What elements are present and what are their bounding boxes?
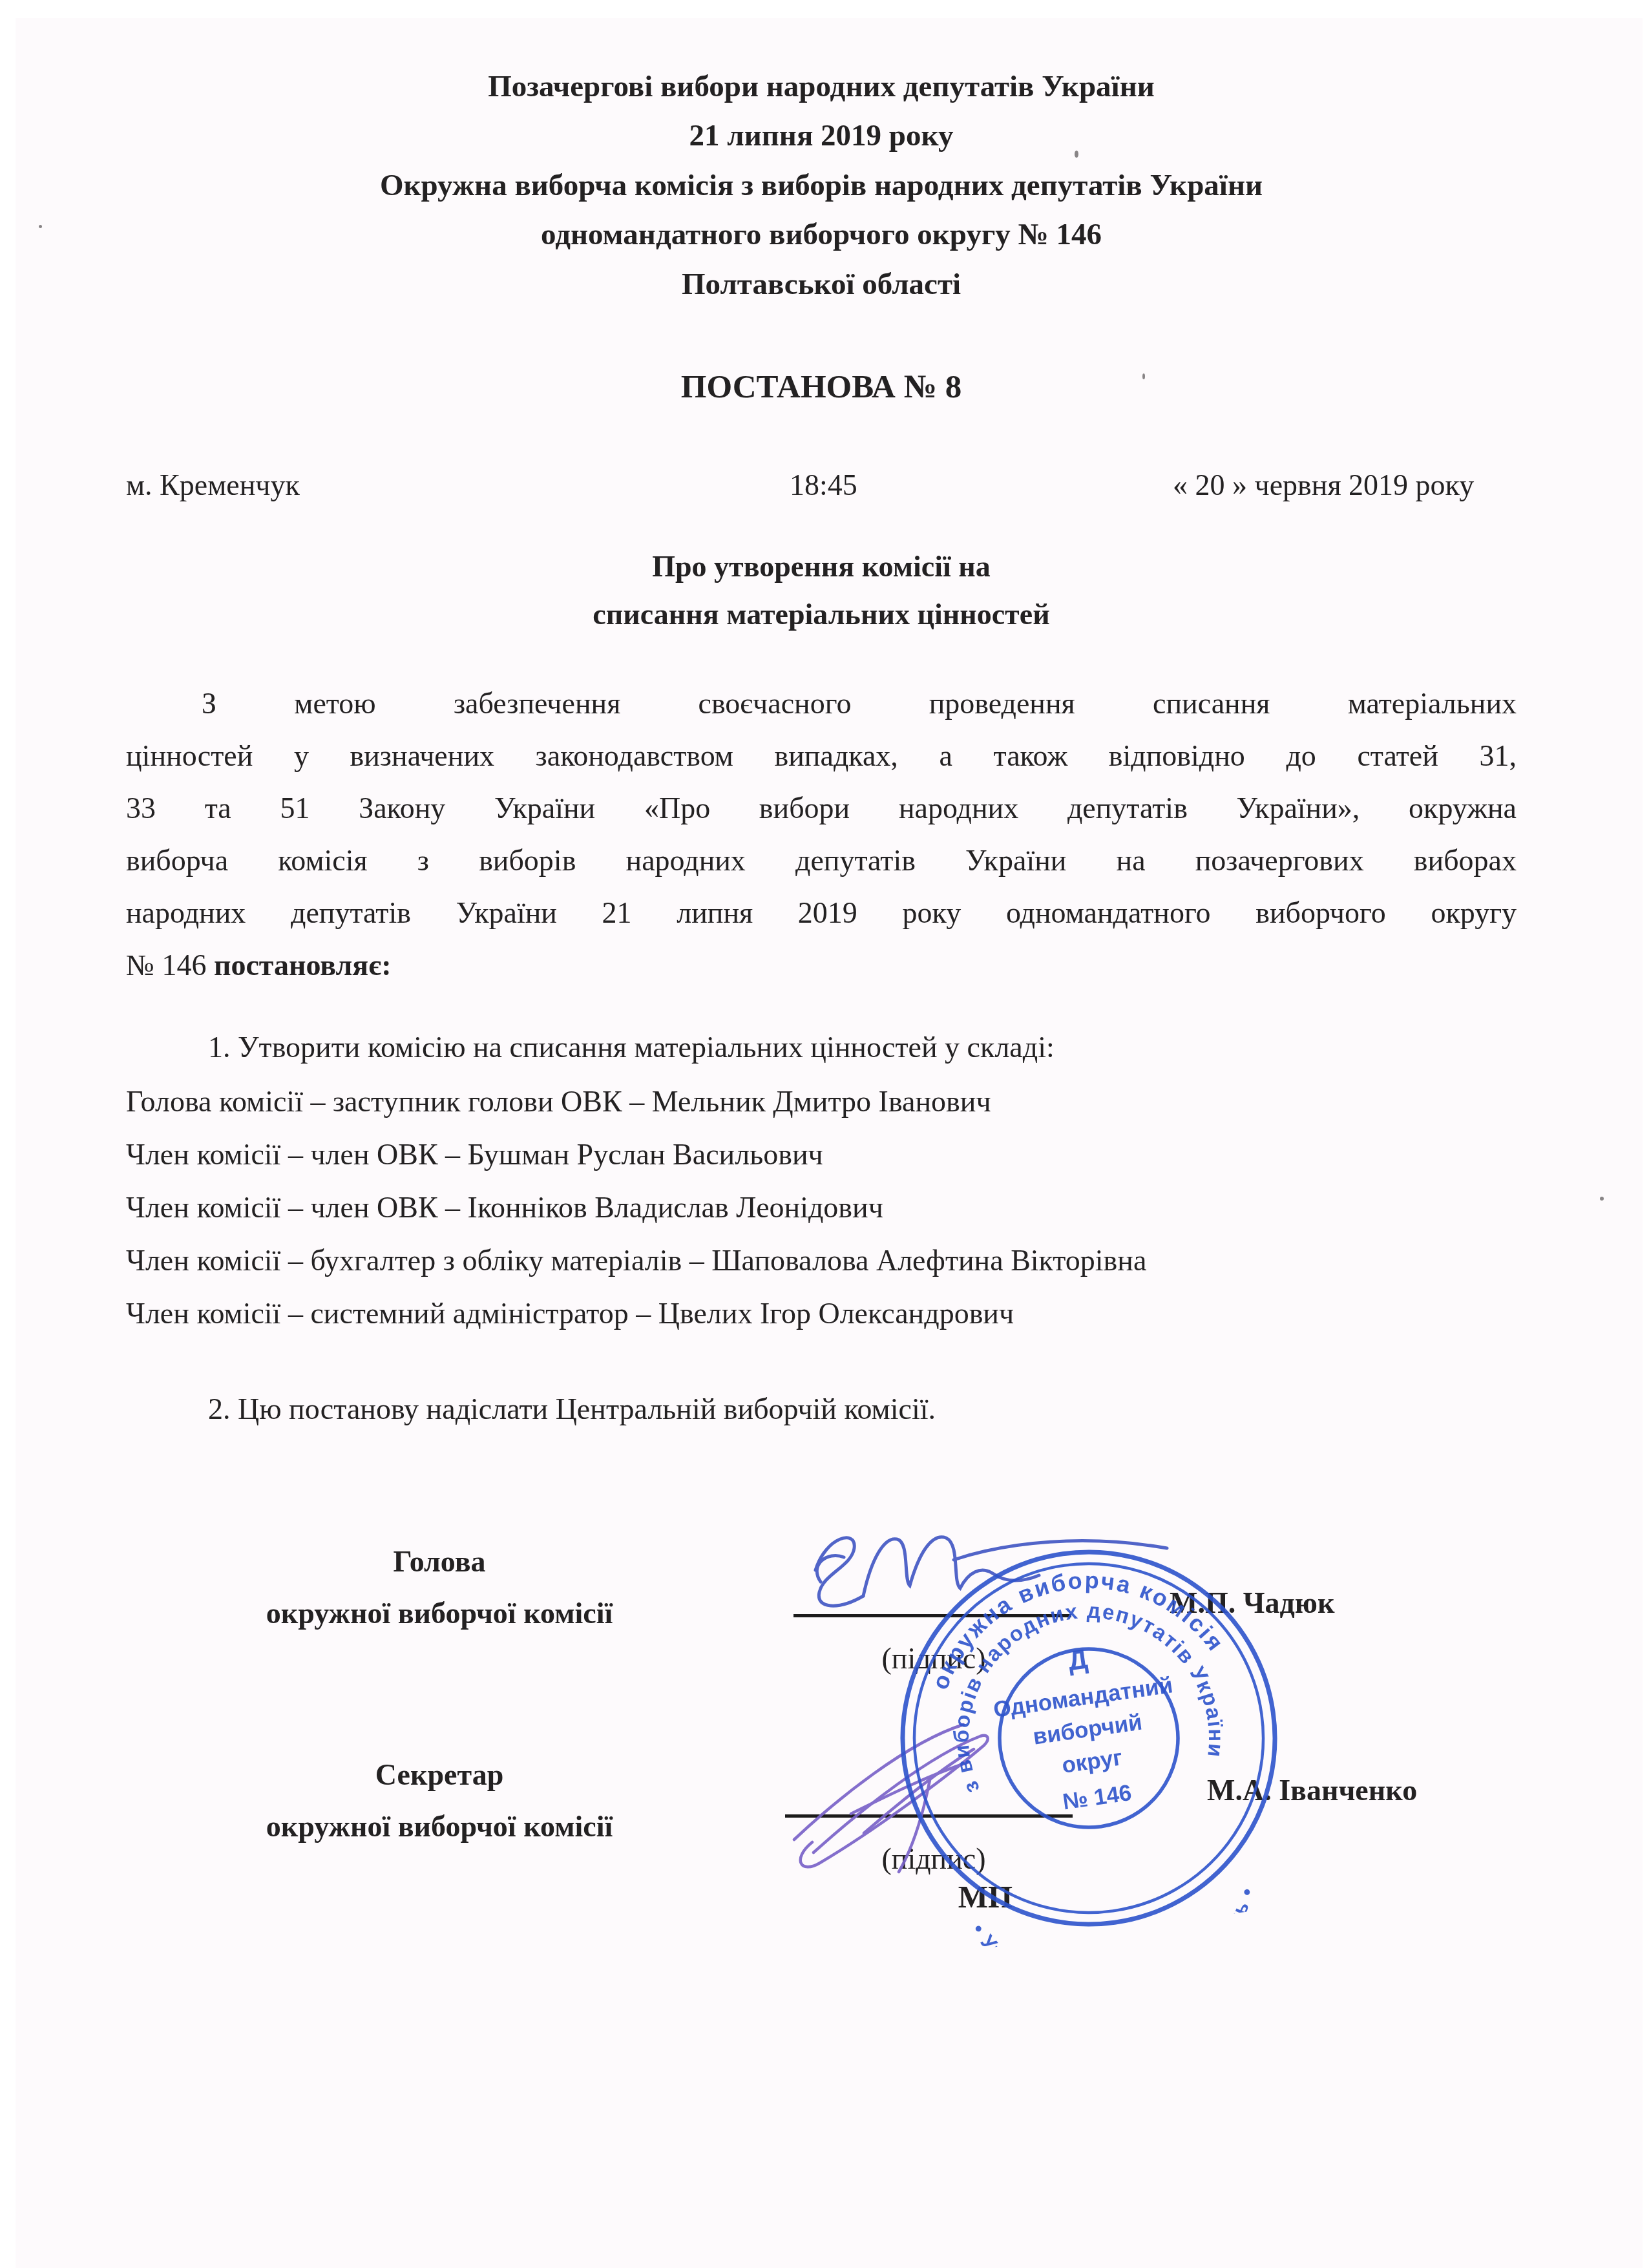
subject-line-2: списання матеріальних цінностей (126, 596, 1517, 633)
head-role-line-1: Голова (213, 1543, 666, 1580)
body-line-6: № 146 постановляє: (126, 947, 391, 984)
body-line-6-resolves: постановляє: (214, 949, 392, 982)
meta-date: « 20 » червня 2019 року (1173, 467, 1474, 504)
header-line-region: Полтавської області (126, 266, 1517, 304)
resolution-number-title: ПОСТАНОВА № 8 (126, 367, 1517, 408)
header-line-district: одномандатного виборчого округу № 146 (126, 216, 1517, 254)
secretary-role-line-2: окружної виборчої комісії (213, 1808, 666, 1845)
member-ikonnikov: Член комісії – член ОВК – Іконніков Влад… (126, 1189, 883, 1226)
meta-time: 18:45 (790, 467, 857, 504)
member-shapovalova: Член комісії – бухгалтер з обліку матері… (126, 1242, 1146, 1279)
member-head: Голова комісії – заступник голови ОВК – … (126, 1083, 991, 1120)
scan-artifact-dot (1600, 1197, 1604, 1201)
subject-line-1: Про утворення комісії на (126, 548, 1517, 585)
stamp-center-line-3: округ (1060, 1745, 1124, 1778)
secretary-role-line-1: Секретар (213, 1756, 666, 1794)
member-bushman: Член комісії – член ОВК – Бушман Руслан … (126, 1136, 823, 1173)
stamp-center-line-4: № 146 (1061, 1780, 1133, 1815)
header-line-date: 21 липня 2019 року (126, 117, 1517, 155)
body-line-4: виборча комісія з виборів народних депут… (126, 842, 1517, 879)
head-role-line-2: окружної виборчої комісії (213, 1595, 666, 1632)
stamp-center-letter: Д (1066, 1643, 1089, 1676)
member-tsvelykh: Член комісії – системний адміністратор –… (126, 1295, 1014, 1332)
item-1-create-commission: 1. Утворити комісію на списання матеріал… (208, 1029, 1055, 1066)
scanned-document-page: Позачергові вибори народних депутатів Ук… (0, 0, 1649, 2268)
body-line-5: народних депутатів України 21 липня 2019… (126, 894, 1517, 932)
item-2-send-to-cec: 2. Цю постанову надіслати Центральній ви… (208, 1391, 936, 1428)
scan-artifact-dot (1075, 151, 1078, 158)
body-line-1: З метою забезпечення своєчасного проведе… (202, 685, 1517, 722)
header-line-elections: Позачергові вибори народних депутатів Ук… (126, 68, 1517, 106)
body-line-3: 33 та 51 Закону України «Про вибори наро… (126, 790, 1517, 827)
stamp-center-line-2: виборчий (1031, 1709, 1144, 1749)
scan-artifact-dot (39, 225, 42, 228)
commission-round-stamp: окружна виборча комісія з виборів народн… (870, 1519, 1308, 1957)
body-line-6-number: № 146 (126, 949, 214, 982)
header-line-commission: Окружна виборча комісія з виборів народн… (126, 167, 1517, 205)
scan-artifact-dot (1142, 373, 1145, 379)
meta-place: м. Кременчук (126, 467, 300, 504)
body-line-2: цінностей у визначених законодавством ви… (126, 737, 1517, 775)
